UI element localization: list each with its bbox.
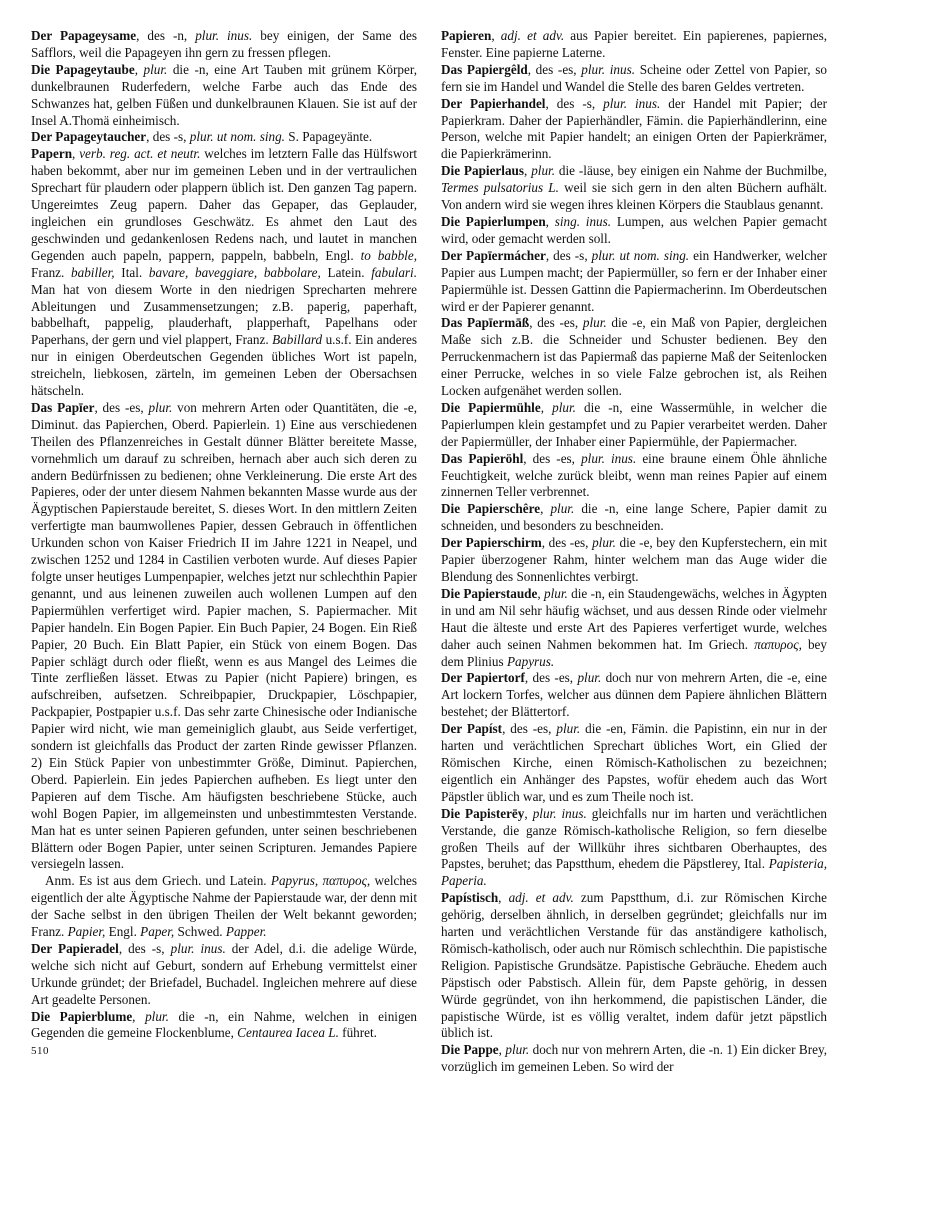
entry-text: Engl.	[105, 924, 140, 939]
entry-text: führet.	[339, 1025, 377, 1040]
italic-term: Papyrus, παπυρος,	[271, 873, 370, 888]
italic-term: verb. reg. act. et neutr.	[79, 146, 200, 161]
headword: Der Papíst	[441, 721, 502, 736]
dictionary-entry: Das Papīer, des -es, plur. von mehrern A…	[31, 400, 417, 873]
italic-term: παπυρος,	[754, 637, 802, 652]
entry-text: S. Papageyänte.	[285, 129, 372, 144]
italic-term: plur. inus.	[603, 96, 660, 111]
dictionary-entry: Papern, verb. reg. act. et neutr. welche…	[31, 146, 417, 400]
italic-term: plur.	[544, 586, 568, 601]
entry-text: , des -es,	[502, 721, 556, 736]
headword: Das Papiergêld	[441, 62, 528, 77]
italic-term: plur. inus.	[581, 451, 636, 466]
italic-term: sing. inus.	[555, 214, 611, 229]
headword: Die Papisterēy	[441, 806, 524, 821]
entry-text: zum Papstthum, d.i. zur Römischen Kirche…	[441, 890, 827, 1040]
dictionary-entry: Die Papierlaus, plur. die -läuse, bey ei…	[441, 163, 827, 214]
italic-term: adj. et adv.	[501, 28, 564, 43]
headword: Der Papīermácher	[441, 248, 546, 263]
italic-term: Termes pulsatorius L.	[441, 180, 559, 195]
entry-text: , des -s,	[119, 941, 171, 956]
dictionary-entry: Der Papierschirm, des -es, plur. die -e,…	[441, 535, 827, 586]
entry-text: , des -s,	[546, 248, 592, 263]
entry-text: , des -es,	[542, 535, 592, 550]
headword: Papístisch	[441, 890, 498, 905]
entry-text: ,	[132, 1009, 145, 1024]
italic-term: Centaurea Iacea L.	[237, 1025, 339, 1040]
italic-term: plur. ut nom. sing.	[592, 248, 689, 263]
entry-text: , des -s,	[146, 129, 190, 144]
headword: Das Papīer	[31, 400, 94, 415]
dictionary-entry: Der Papageysame, des -n, plur. inus. bey…	[31, 28, 417, 62]
entry-text: Schwed.	[174, 924, 226, 939]
entry-text: , des -es,	[523, 451, 581, 466]
dictionary-entry: Der Papīermácher, des -s, plur. ut nom. …	[441, 248, 827, 316]
italic-term: babiller,	[71, 265, 115, 280]
italic-term: fabulari.	[371, 265, 417, 280]
dictionary-entry: Das Papieröhl, des -es, plur. inus. eine…	[441, 451, 827, 502]
dictionary-entry: Papístisch, adj. et adv. zum Papstthum, …	[441, 890, 827, 1042]
headword: Der Papageysame	[31, 28, 136, 43]
dictionary-entry: Die Papisterēy, plur. inus. gleichfalls …	[441, 806, 827, 891]
entry-text: von mehrern Arten oder Quantitäten, die …	[31, 400, 417, 871]
italic-term: to babble,	[361, 248, 417, 263]
dictionary-entry: Die Papierstaude, plur. die -n, ein Stau…	[441, 586, 827, 671]
italic-term: Papier,	[68, 924, 106, 939]
entry-text: Latein.	[321, 265, 371, 280]
dictionary-entry: Das Papiergêld, des -es, plur. inus. Sch…	[441, 62, 827, 96]
headword: Der Papiertorf	[441, 670, 525, 685]
italic-term: bavare, baveggiare, babbolare,	[149, 265, 321, 280]
entry-text: die -läuse, bey einigen ein Nahme der Bu…	[555, 163, 827, 178]
entry-text: ,	[546, 214, 555, 229]
italic-term: Paper,	[140, 924, 174, 939]
dictionary-entry: Die Papageytaube, plur. die -n, eine Art…	[31, 62, 417, 130]
entry-text: ,	[540, 501, 550, 516]
italic-term: plur.	[550, 501, 574, 516]
entry-text: ,	[491, 28, 500, 43]
italic-term: Papyrus.	[507, 654, 554, 669]
entry-text: ,	[524, 806, 532, 821]
entry-text: ,	[135, 62, 144, 77]
dictionary-entry: Die Papierblume, plur. die -n, ein Nahme…	[31, 1009, 417, 1043]
headword: Papieren	[441, 28, 491, 43]
italic-term: plur. inus.	[195, 28, 252, 43]
italic-term: plur.	[556, 721, 580, 736]
entry-text: Anm. Es ist aus dem Griech. und Latein.	[45, 873, 271, 888]
italic-term: Papper.	[226, 924, 267, 939]
dictionary-entry: Das Papīermāß, des -es, plur. die -e, ei…	[441, 315, 827, 400]
headword: Die Papierstaude	[441, 586, 537, 601]
left-column: Der Papageysame, des -n, plur. inus. bey…	[31, 28, 417, 1188]
dictionary-entry: Der Papageytaucher, des -s, plur. ut nom…	[31, 129, 417, 146]
headword: Der Papierschirm	[441, 535, 542, 550]
entry-text: , des -n,	[136, 28, 195, 43]
headword: Die Papageytaube	[31, 62, 135, 77]
entry-note: Anm. Es ist aus dem Griech. und Latein. …	[31, 873, 417, 941]
italic-term: plur. inus.	[533, 806, 587, 821]
headword: Die Papiermühle	[441, 400, 541, 415]
headword: Die Papierblume	[31, 1009, 132, 1024]
entry-text: , des -es,	[94, 400, 148, 415]
headword: Papern	[31, 146, 72, 161]
dictionary-entry: Papieren, adj. et adv. aus Papier bereit…	[441, 28, 827, 62]
entry-text: welches im letztern Falle das Hülfswort …	[31, 146, 417, 262]
italic-term: plur.	[505, 1042, 529, 1057]
dictionary-entry: Der Papierhandel, des -s, plur. inus. de…	[441, 96, 827, 164]
dictionary-entry: Die Papiermühle, plur. die -n, eine Wass…	[441, 400, 827, 451]
italic-term: plur.	[592, 535, 616, 550]
dictionary-entry: Der Papieradel, des -s, plur. inus. der …	[31, 941, 417, 1009]
headword: Der Papierhandel	[441, 96, 545, 111]
italic-term: plur.	[148, 400, 172, 415]
entry-text: , des -s,	[545, 96, 603, 111]
dictionary-entry: Die Papierschêre, plur. die -n, eine lan…	[441, 501, 827, 535]
italic-term: plur. inus.	[581, 62, 635, 77]
headword: Der Papageytaucher	[31, 129, 146, 144]
headword: Die Papierschêre	[441, 501, 540, 516]
headword: Das Papīermāß	[441, 315, 529, 330]
dictionary-entry: Die Pappe, plur. doch nur von mehrern Ar…	[441, 1042, 827, 1076]
dictionary-page: Der Papageysame, des -n, plur. inus. bey…	[31, 28, 827, 1188]
entry-text: ,	[541, 400, 552, 415]
italic-term: plur. inus.	[171, 941, 226, 956]
dictionary-entry: Der Papíst, des -es, plur. die -en, Fämi…	[441, 721, 827, 806]
headword: Die Papierlaus	[441, 163, 524, 178]
italic-term: plur.	[552, 400, 576, 415]
italic-term: plur.	[144, 62, 168, 77]
italic-term: plur.	[583, 315, 607, 330]
entry-text: Franz.	[31, 265, 71, 280]
headword: Die Pappe	[441, 1042, 499, 1057]
dictionary-entry: Die Papierlumpen, sing. inus. Lumpen, au…	[441, 214, 827, 248]
italic-term: plur.	[145, 1009, 169, 1024]
headword: Die Papierlumpen	[441, 214, 546, 229]
entry-text: ,	[498, 890, 508, 905]
entry-text: , des -es,	[528, 62, 582, 77]
headword: Der Papieradel	[31, 941, 119, 956]
right-column: Papieren, adj. et adv. aus Papier bereit…	[441, 28, 827, 1188]
italic-term: plur.	[577, 670, 601, 685]
dictionary-entry: Der Papiertorf, des -es, plur. doch nur …	[441, 670, 827, 721]
italic-term: Babillard	[272, 332, 322, 347]
entry-text: , des -es,	[525, 670, 578, 685]
italic-term: plur.	[531, 163, 555, 178]
entry-text: , des -es,	[529, 315, 583, 330]
italic-term: plur. ut nom. sing.	[190, 129, 285, 144]
italic-term: adj. et adv.	[509, 890, 574, 905]
page-number: 510	[31, 1043, 417, 1060]
headword: Das Papieröhl	[441, 451, 523, 466]
entry-text: Ital.	[115, 265, 149, 280]
